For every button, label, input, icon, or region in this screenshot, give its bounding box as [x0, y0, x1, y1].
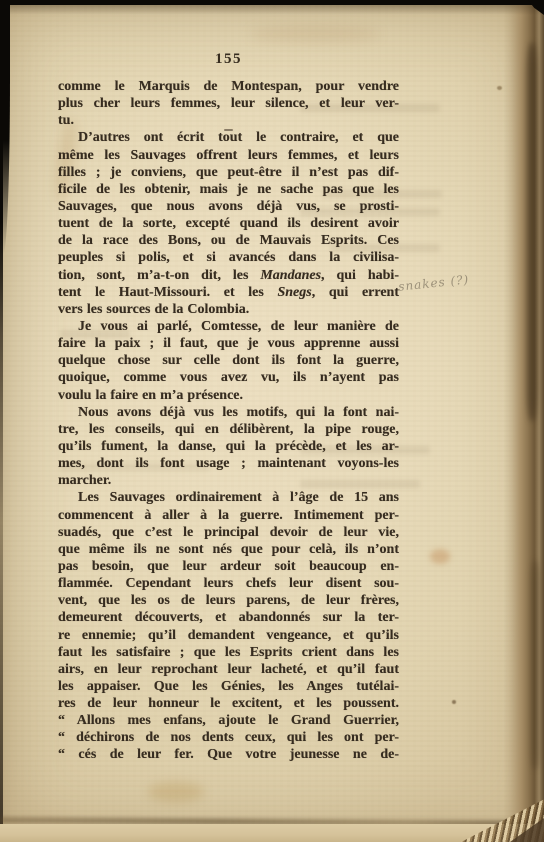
book-page-scan: 155 comme le Marquis de Montespan, pour … [0, 0, 544, 842]
page-edge-crease [531, 560, 539, 770]
scan-border-top-shadow [0, 5, 544, 15]
page-bottom-edge [0, 824, 544, 842]
page-vignette [0, 0, 544, 842]
page-edge-crease [527, 42, 537, 422]
